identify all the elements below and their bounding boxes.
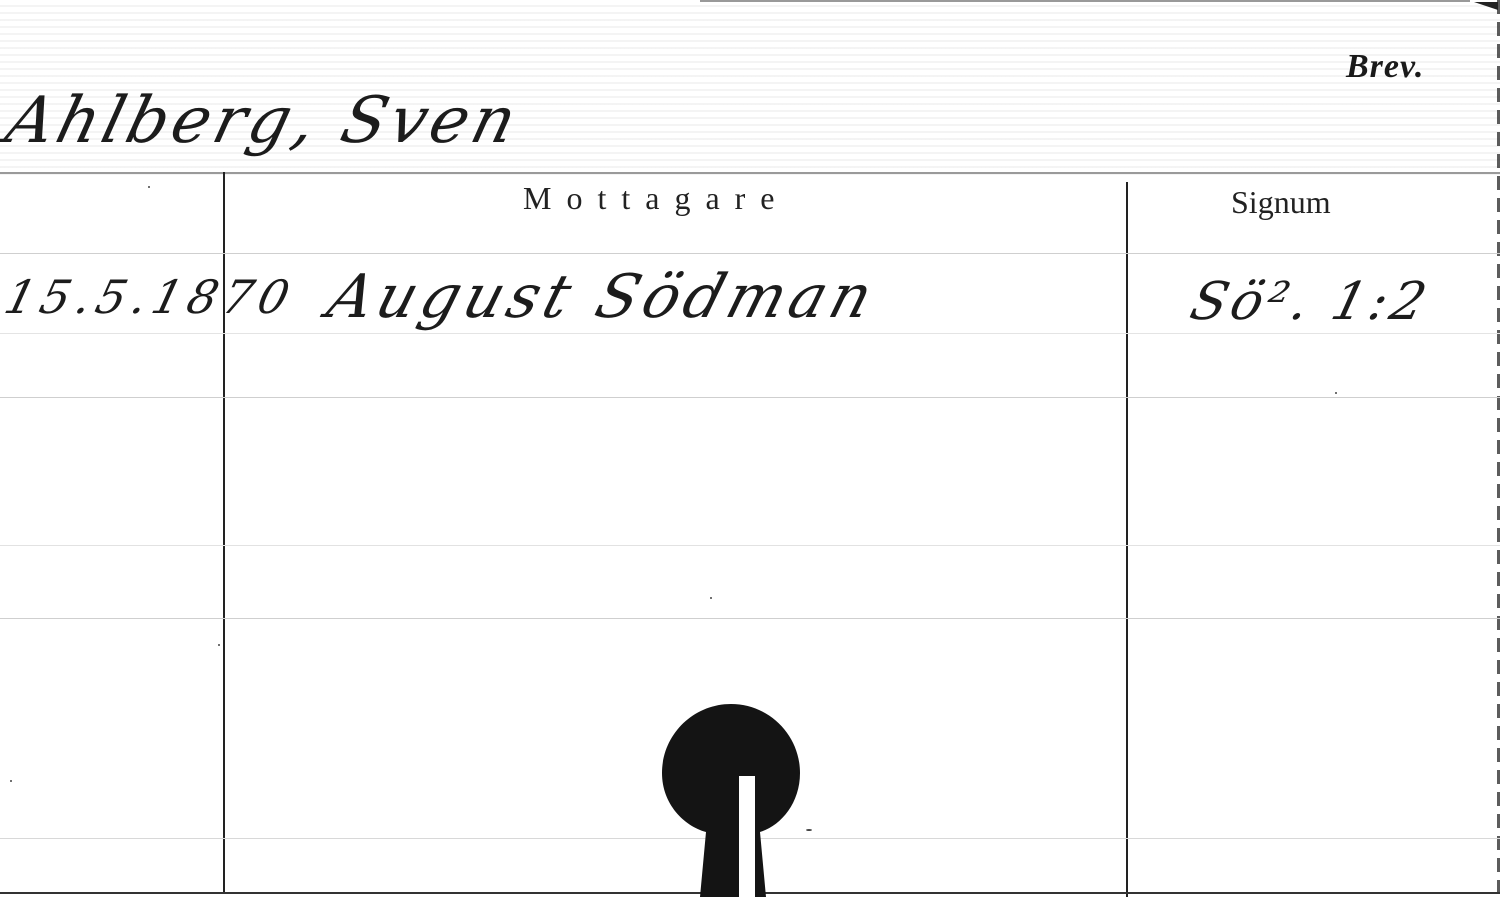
recipient-column-header: Mottagare [523, 180, 790, 217]
entry-recipient: August Södman [320, 262, 885, 332]
punch-hole-icon [662, 704, 800, 897]
catalogue-card: Brev. Ahlberg, Sven Mottagare Signum 15.… [0, 0, 1500, 897]
scan-speck [806, 829, 812, 831]
card-type-label: Brev. [1346, 48, 1424, 86]
ruled-line [0, 618, 1500, 619]
scan-speck [148, 186, 150, 188]
entry-date: 15.5.1870 [0, 270, 301, 324]
card-top-edge [700, 0, 1470, 2]
scan-speck [10, 780, 12, 782]
scan-speck [710, 597, 712, 599]
entry-signum: Sö². 1:2 [1185, 272, 1436, 332]
correspondent-name: Ahlberg, Sven [0, 84, 527, 158]
scan-speck [1335, 392, 1337, 394]
ruled-line [0, 253, 1500, 254]
ruled-line [0, 397, 1500, 398]
ruled-line [0, 545, 1500, 546]
header-rule [0, 172, 1500, 174]
ruled-line [0, 333, 1500, 334]
signum-column-header: Signum [1231, 184, 1331, 221]
signum-column-divider [1126, 182, 1128, 897]
scan-speck [218, 644, 220, 646]
